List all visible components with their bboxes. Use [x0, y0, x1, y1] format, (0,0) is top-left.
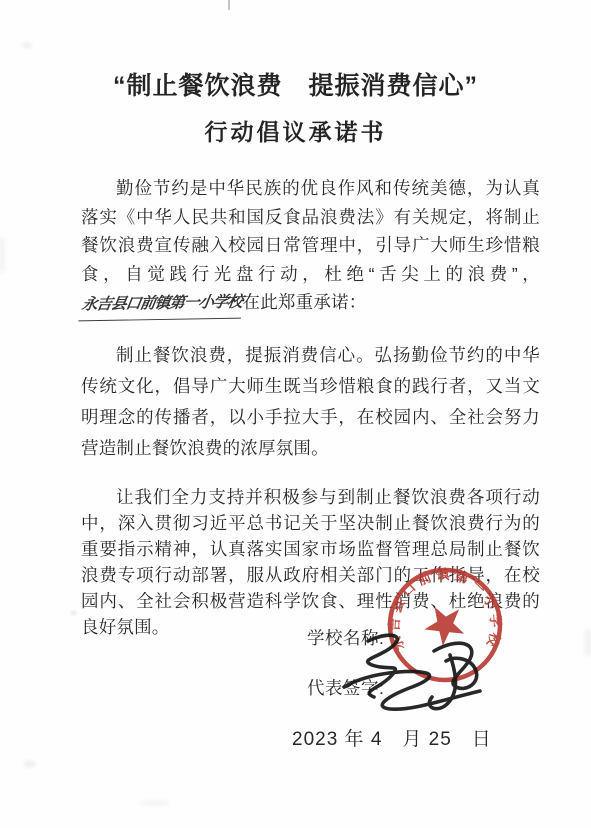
document-title: “制止餐饮浪费 提振消费信心”: [0, 66, 591, 102]
paragraph-1-text-after: 在此郑重承诺：: [243, 292, 367, 312]
scan-artifact: [70, 610, 77, 616]
paragraph-2: 制止餐饮浪费，提振消费信心。弘扬勤俭节约的中华传统文化，倡导广大师生既当珍惜粮食…: [81, 340, 540, 464]
document-subtitle: 行动倡议承诺书: [0, 114, 591, 147]
paragraph-1: 勤俭节约是中华民族的优良作风和传统美德，为认真落实《中华人民共和国反食品浪费法》…: [81, 174, 540, 320]
scan-artifact: [24, 760, 36, 768]
document-page: “制止餐饮浪费 提振消费信心” 行动倡议承诺书 勤俭节约是中华民族的优良作风和传…: [0, 0, 591, 828]
handwritten-school-name: 永吉县口前镇第一小学校: [78, 289, 245, 321]
scan-artifact: [140, 800, 170, 806]
date-line: 2023 年 4 月 25 日: [292, 724, 492, 751]
signature-stroke: [344, 672, 480, 710]
scan-artifact: [22, 42, 32, 49]
scan-artifact: [585, 630, 591, 656]
paragraph-1-text-before: 勤俭节约是中华民族的优良作风和传统美德，为认真落实《中华人民共和国反食品浪费法》…: [81, 178, 540, 284]
representative-signature-handwriting: [338, 628, 498, 720]
scan-artifact: [0, 238, 4, 272]
signature-stroke: [368, 635, 398, 697]
scan-artifact: [228, 0, 230, 10]
